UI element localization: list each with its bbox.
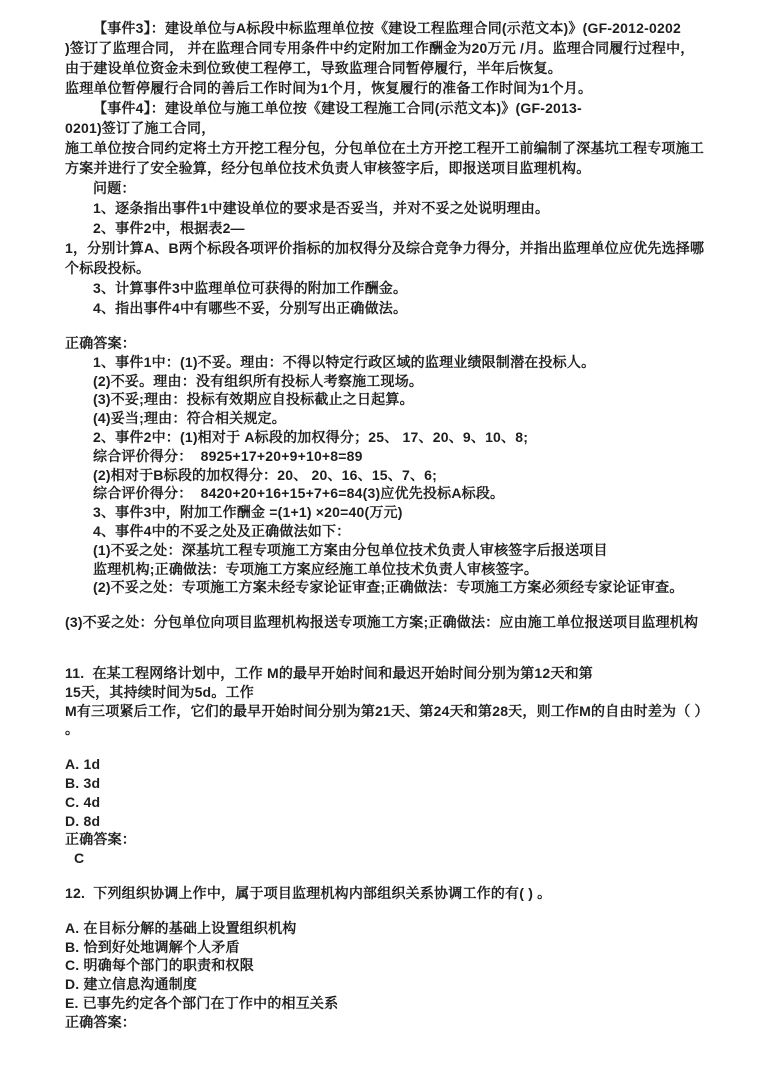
blank-line <box>65 632 755 648</box>
text-line: 【事件4】：建设单位与施工单位按《建设工程施工合同(示范文本)》(GF-2013… <box>65 98 755 118</box>
blank-line <box>65 648 755 664</box>
text-line: D. 建立信息沟通制度 <box>65 975 755 994</box>
text-line: (2)不妥。理由：没有组织所有投标人考察施工现场。 <box>65 372 755 391</box>
text-line: 施工单位按合同约定将土方开挖工程分包，分包单位在土方开挖工程开工前编制了深基坑工… <box>65 138 755 158</box>
text-line: (2)不妥之处：专项施工方案未经专家论证审查;正确做法：专项施工方案必须经专家论… <box>65 578 755 597</box>
text-line: D. 8d <box>65 812 755 831</box>
exam-document-page: 【事件3】：建设单位与A标段中标监理单位按《建设工程监理合同(示范文本)》(GF… <box>0 0 763 1080</box>
blank-line <box>65 739 755 755</box>
text-line: E. 已事先约定各个部门在丁作中的相互关系 <box>65 994 755 1013</box>
text-line: 综合评价得分： 8420+20+16+15+7+6=84(3)应优先投标A标段。 <box>65 484 755 503</box>
text-line: 0201)签订了施工合同， <box>65 118 755 138</box>
text-line: B. 恰到好处地调解个人矛盾 <box>65 938 755 957</box>
text-line: 12. 下列组织协调上作中，属于项目监理机构内部组织关系协调工作的有( ) 。 <box>65 884 755 903</box>
text-line: )签订了监理合同， 并在监理合同专用条件中约定附加工作酬金为20万元 /月。监理… <box>65 38 755 58</box>
text-line: 监理机构;正确做法：专项施工方案应经施工单位技术负责人审核签字。 <box>65 560 755 579</box>
text-line: 【事件3】：建设单位与A标段中标监理单位按《建设工程监理合同(示范文本)》(GF… <box>65 18 755 38</box>
text-line: 1，分别计算A、B两个标段各项评价指标的加权得分及综合竞争力得分，并指出监理单位… <box>65 238 755 258</box>
text-line: 2、事件2中：(1)相对于 A标段的加权得分；25、 17、20、9、10、8; <box>65 428 755 447</box>
text-line: 4、事件4中的不妥之处及正确做法如下： <box>65 522 755 541</box>
text-line: 3、事件3中，附加工作酬金 =(1+1) ×20=40(万元) <box>65 503 755 522</box>
text-line: (2)相对于B标段的加权得分：20、 20、16、15、7、6; <box>65 466 755 485</box>
text-line: 正确答案： <box>65 830 755 849</box>
text-line: C. 明确每个部门的职责和权限 <box>65 956 755 975</box>
text-line: B. 3d <box>65 774 755 793</box>
text-line: (3)不妥;理由：投标有效期应自投标截止之日起算。 <box>65 390 755 409</box>
text-line: 1、事件1中：(1)不妥。理由：不得以特定行政区域的监理业绩限制潜在投标人。 <box>65 353 755 372</box>
text-line: A. 1d <box>65 755 755 774</box>
text-line: C <box>65 849 755 868</box>
text-line: 1、逐条指出事件1中建设单位的要求是否妥当，并对不妥之处说明理由。 <box>65 198 755 218</box>
blank-line <box>65 318 755 334</box>
text-line: 3、计算事件3中监理单位可获得的附加工作酬金。 <box>65 278 755 298</box>
text-line: A. 在目标分解的基础上设置组织机构 <box>65 919 755 938</box>
text-line: (4)妥当;理由：符合相关规定。 <box>65 409 755 428</box>
text-line: 15天，其持续时间为5d。工作 <box>65 683 755 702</box>
text-line: 正确答案： <box>65 334 755 353</box>
text-line: 2、事件2中，根据表2— <box>65 218 755 238</box>
text-line: (3)不妥之处：分包单位向项目监理机构报送专项施工方案;正确做法：应由施工单位报… <box>65 613 755 632</box>
text-line: C. 4d <box>65 793 755 812</box>
document-text-block: 【事件3】：建设单位与A标段中标监理单位按《建设工程监理合同(示范文本)》(GF… <box>65 18 755 1032</box>
text-line: 综合评价得分： 8925+17+20+9+10+8=89 <box>65 447 755 466</box>
text-line: 方案并进行了安全验算，经分包单位技术负责人审核签字后，即报送项目监理机构。 <box>65 158 755 178</box>
text-line: M有三项紧后工作，它们的最早开始时间分别为第21天、第24天和第28天，则工作M… <box>65 702 755 721</box>
blank-line <box>65 868 755 884</box>
blank-line <box>65 903 755 919</box>
text-line: 由于建设单位资金未到位致使工程停工，导致监理合同暂停履行，半年后恢复。 <box>65 58 755 78</box>
text-line: (1)不妥之处：深基坑工程专项施工方案由分包单位技术负责人审核签字后报送项目 <box>65 541 755 560</box>
text-line: 11. 在某工程网络计划中，工作 M的最早开始时间和最迟开始时间分别为第12天和… <box>65 664 755 683</box>
text-line: 4、指出事件4中有哪些不妥，分别写出正确做法。 <box>65 298 755 318</box>
blank-line <box>65 597 755 613</box>
text-line: 个标段投标。 <box>65 258 755 278</box>
text-line: 监理单位暂停履行合同的善后工作时间为1个月，恢复履行的准备工作时间为1个月。 <box>65 78 755 98</box>
text-line: 问题： <box>65 178 755 198</box>
text-line: 正确答案： <box>65 1013 755 1032</box>
text-line: 。 <box>65 720 755 739</box>
